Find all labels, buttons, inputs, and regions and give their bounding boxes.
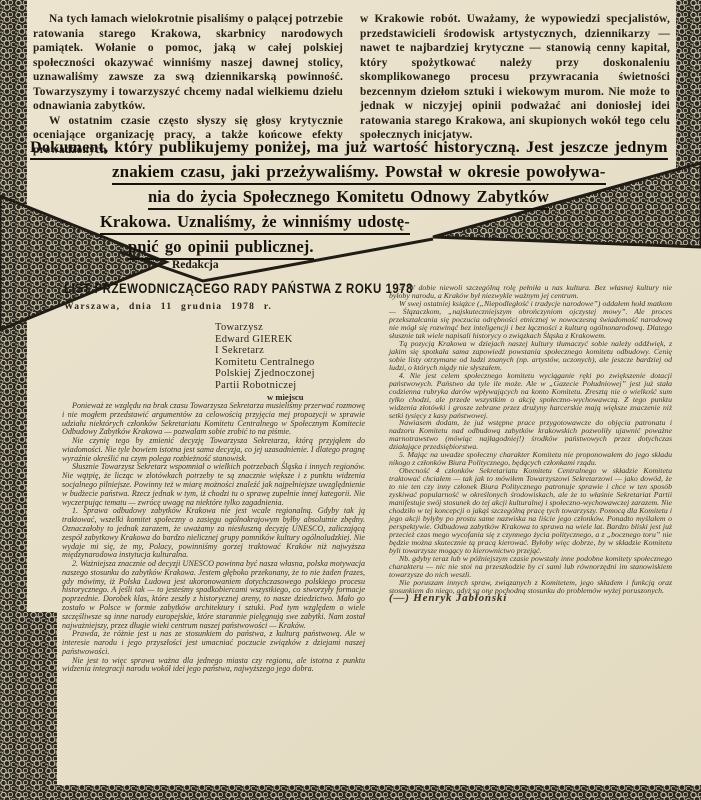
letter-paragraph: Nie jest to więc sprawa ważna dla jedneg…	[62, 657, 365, 675]
headline-line-1: Dokument, który publikujemy poniżej, ma …	[30, 137, 668, 160]
letter-paragraph: 2. Ważniejsza znacznie od decyzji UNESCO…	[62, 560, 365, 630]
letter-paragraph: Słusznie Towarzysz Sekretarz wspomniał o…	[62, 463, 365, 507]
addressee-line: Towarzysz	[215, 322, 315, 334]
headline-line-3: nia do życia Społecznego Komitetu Odnowy…	[148, 187, 549, 210]
letter-paragraph: Obecność 4 członków Sekretariatu Komitet…	[389, 467, 672, 555]
letter-paragraph: 5. Mając na uwadze społeczny charakter K…	[389, 451, 672, 467]
letter-paragraph: W swej ostatniej książce („Niepodległość…	[389, 300, 672, 340]
intro-right-column: w Krakowie robót. Uważamy, że wypowiedzi…	[360, 12, 670, 157]
headline-line-2: znakiem czasu, jaki przeżywaliśmy. Powst…	[112, 162, 606, 185]
editorial-intro: Na tych łamach wielokrotnie pisaliśmy o …	[33, 12, 670, 157]
addressee-line: Edward GIEREK	[215, 334, 315, 346]
intro-paragraph: w Krakowie robót. Uważamy, że wypowiedzi…	[360, 12, 670, 143]
lace-border-right	[676, 0, 701, 172]
addressee-line: Komitetu Centralnego	[215, 357, 315, 369]
scanned-newspaper-page: Na tych łamach wielokrotnie pisaliśmy o …	[0, 0, 701, 800]
lace-border-left-wide	[0, 612, 57, 800]
headline-line-4: Krakowa. Uznaliśmy, że winniśmy udostę-	[100, 212, 410, 235]
letter-left-column: Ponieważ ze względu na brak czasu Towarz…	[62, 402, 365, 674]
addressee-line: I Sekretarz	[215, 345, 315, 357]
addressee-line: Polskiej Zjednoczonej	[215, 368, 315, 380]
letter-paragraph: 3. W dobie niewoli szczególną rolę pełni…	[389, 284, 672, 300]
letter-paragraph: Prawda, że różnie jest u nas ze stosunki…	[62, 630, 365, 656]
letter-paragraph: Nb. gdyby teraz lub w późniejszym czasie…	[389, 555, 672, 579]
letter-paragraph: Nawiasem dodam, że już wstępne prace prz…	[389, 419, 672, 451]
letter-right-column: 3. W dobie niewoli szczególną rolę pełni…	[389, 284, 672, 603]
editorial-byline: Redakcja	[172, 259, 219, 271]
letter-paragraph: Nie czynię tego by zmienić decyzję Towar…	[62, 437, 365, 463]
letter-title: LIST PRZEWODNICZĄCEGO RADY PAŃSTWA Z ROK…	[64, 280, 413, 296]
headline-line-5: pnić go opinii publicznej.	[128, 237, 314, 260]
letter-paragraph: 1. Sprawa odbudowy zabytków Krakowa nie …	[62, 507, 365, 560]
letter-signature: (—) Henryk Jabłoński	[389, 595, 672, 603]
letter-paragraph: Tą pozycją Krakowa w dziejach naszej kul…	[389, 340, 672, 372]
intro-paragraph: Na tych łamach wielokrotnie pisaliśmy o …	[33, 12, 343, 114]
letter-addressee-block: Towarzysz Edward GIEREK I Sekretarz Komi…	[215, 322, 315, 392]
letter-dateline: Warszawa, dnia 11 grudnia 1978 r.	[64, 302, 272, 312]
letter-paragraph: 4. Nie jest celem społecznego komitetu w…	[389, 372, 672, 420]
intro-left-column: Na tych łamach wielokrotnie pisaliśmy o …	[33, 12, 343, 157]
lace-border-bottom	[0, 785, 701, 800]
letter-paragraph: Ponieważ ze względu na brak czasu Towarz…	[62, 402, 365, 437]
addressee-line: Partii Robotniczej	[215, 380, 315, 392]
